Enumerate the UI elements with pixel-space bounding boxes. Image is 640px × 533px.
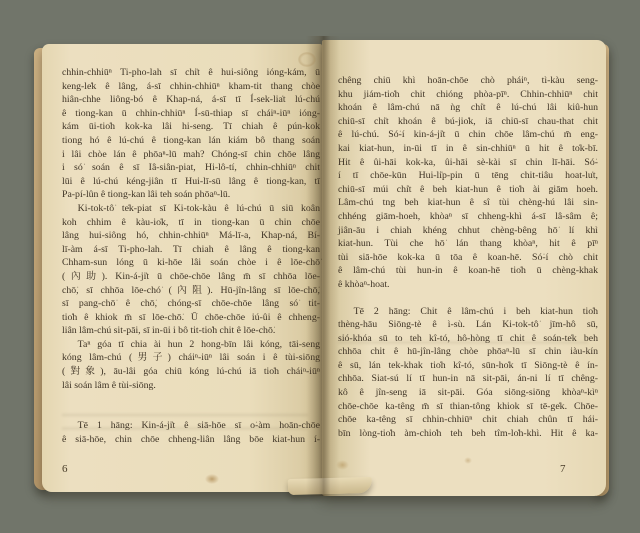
- stain: [336, 460, 349, 470]
- text-line: chō͘, sī chhōa lōe-chó͘ (內阻). Hū-jîn-lân…: [62, 284, 320, 298]
- paragraph: Ki-tok-tô͘ te̍k-piat sī Ki-tok-kàu ê lú-…: [62, 202, 320, 338]
- text-line: thèng-hāu Siōng-tè ê ì-sù. Lán Ki-tok-tô…: [338, 318, 598, 332]
- text-line: koh chhim ê kàu-io̍k, tī in tiong-kan ū …: [62, 216, 320, 230]
- page-number-left: 6: [62, 463, 68, 475]
- text-line: jiân-āu i chiah khéng chhut chèng-bêng h…: [338, 224, 598, 238]
- text-line: bīn lòng-tio̍h àm-chio̍h teh beh tîm-lo̍…: [338, 427, 598, 441]
- text-line: kiat-hun. Tùi che hō͘ lán thang khòaⁿ, h…: [338, 237, 598, 251]
- paragraph: Taⁿ góa tī chia ài hun 2 hong-bīn lâi kó…: [62, 338, 320, 392]
- text-line: chōe ka-têng sī chhin-chhiūⁿ chit chiah …: [338, 413, 598, 427]
- page-left: chhin-chhiūⁿ Ti-pho-lah sī chi̍t ê hui-s…: [42, 44, 322, 492]
- page-number-right: 7: [560, 463, 566, 475]
- page-right: chêng chiū khì hoān-chōe chò pháiⁿ, tì-k…: [322, 40, 606, 496]
- text-line: (內助). Kin-á-ji̍t ū chōe-chōe lâng m̄ sī …: [62, 270, 320, 284]
- text-line: (對象), āu-lâi góa chiū kóng lú-chú iā tio…: [62, 365, 320, 379]
- text-line: chhin-chhiūⁿ Ti-pho-lah sī chi̍t ê hui-s…: [62, 66, 320, 80]
- text-line: Chham-sun lóng ū ki-hōe lâi soán chòe i …: [62, 256, 320, 270]
- text-line: Ki-tok-tô͘ te̍k-piat sī Ki-tok-kàu ê lú-…: [62, 202, 320, 216]
- text-line: Taⁿ góa tī chia ài hun 2 hong-bīn lâi kó…: [62, 338, 320, 352]
- paragraph: Tē 2 hāng: Chit ê lâm-chú i beh kiat-hun…: [338, 305, 598, 441]
- text-line: chhōa chit ê hū-jîn-lâng chòe phōaⁿ-lū s…: [338, 345, 598, 359]
- text-line: lī-àm á-sī Ti-pho-lah. Tī chiah ê lâng ê…: [62, 243, 320, 257]
- text-line: tio̍h ê khiok m̄ sī lōe-chō͘. Ū chōe-chō…: [62, 311, 320, 325]
- text-line: í tī chōe-kūn Hui-li̍p-pin ū tēng chit-t…: [338, 169, 598, 183]
- text-line: hiân-chhe liông-bó ê Khap-ná, á-sī tī Í-…: [62, 93, 320, 107]
- paragraph: Tē 1 hāng: Kin-á-ji̍t ê siā-hōe sī o͘-àm…: [62, 419, 320, 446]
- text-line: lâng hui-siông hó, chhin-chhiūⁿ Má-lī-a,…: [62, 229, 320, 243]
- text-line: ê khòaⁿ-hoat.: [338, 278, 598, 292]
- text-line: kô ê jîn-seng iā sit-pāi. Góa siōng-siōn…: [338, 386, 598, 400]
- text-line: ê lâm-chú tùi hun-in ê koan-hē tio̍h ū c…: [338, 264, 598, 278]
- page-bottom-curl: [288, 477, 372, 495]
- text-line: tiong hó ê lú-chú ê tiong-kan lán kiám b…: [62, 134, 320, 148]
- text-line: Hit ê ûi-hāi kok-ka, ûi-hāi sè-kài sī ch…: [338, 156, 598, 170]
- text-line: lūi ê lú-chú kéng-jiân tī Hui-lī-sū lâng…: [62, 175, 320, 189]
- text-line: chêng chiū khì hoān-chōe chò pháiⁿ, tì-k…: [338, 74, 598, 88]
- text-line: i só͘ soán ê sī Iâ-siân-piat, Hi-lô-tí, …: [62, 161, 320, 175]
- text-line: ê siā-hōe, chin chōe chheng-liân lâng bō…: [62, 433, 320, 447]
- text-line: sī pang-chō͘ ê chō͘, chóng-sī chōe-chōe …: [62, 297, 320, 311]
- text-line: liân lâm-chú sit-pāi, sī in-ūi i bô tit-…: [62, 324, 320, 338]
- text-line: khoán ê lâm-chú nā ǹg chi̍t ê lú-chú lâi…: [338, 101, 598, 115]
- text-line: kai kiat-hun, in-ūi tī in ê sin-chhiūⁿ ū…: [338, 142, 598, 156]
- text-line: sió-khóa sū to teh kî-tó, hô-hòng tī chi…: [338, 332, 598, 346]
- text-line: lâi soán lâm ê tùi-siōng.: [62, 379, 320, 393]
- text-line: kóng lâm-chú (男子) cháiⁿ-iūⁿ lâi soán i ê…: [62, 351, 320, 365]
- text-line: khu jiám-tio̍h chit chióng phòa-pīⁿ. Chh…: [338, 88, 598, 102]
- text-line: chiū-sī chi̍t khoán ê bú-jio̍k, iā chiū-…: [338, 115, 598, 129]
- page-left-text: chhin-chhiūⁿ Ti-pho-lah sī chi̍t ê hui-s…: [62, 66, 320, 446]
- text-line: Pa-pí-lûn ê tiong-kan lâi teh soán phōaⁿ…: [62, 188, 320, 202]
- text-line: chhōa. Siat-sú lí tī hun-in nā sit-pāi, …: [338, 372, 598, 386]
- stain: [205, 474, 219, 484]
- stain: [464, 457, 472, 464]
- text-line: kám ūi-tio̍h kok-ka lâi hi-seng. Tī chia…: [62, 120, 320, 134]
- text-line: keng-le̍k ê lâng, á-sī chhin-chhiūⁿ kham…: [62, 80, 320, 94]
- text-line: chhéng giām-hoeh, khòaⁿ sī chheng-khì á-…: [338, 210, 598, 224]
- text-line: chiū-sī múi chi̍t ê beh kiat-hun ê tio̍h…: [338, 183, 598, 197]
- text-line: ê sū, lán tek-khak tio̍h kî-tó, sūn-ho̍k…: [338, 359, 598, 373]
- text-line: Tē 1 hāng: Kin-á-ji̍t ê siā-hōe sī o͘-àm…: [62, 419, 320, 433]
- paragraph: chhin-chhiūⁿ Ti-pho-lah sī chi̍t ê hui-s…: [62, 66, 320, 202]
- text-line: tùi siā-hōe kok-ka ū tōa ê koan-hē. Só͘-…: [338, 251, 598, 265]
- text-line: Lâm-chú tng beh kiat-hun ê sî tùi chèng-…: [338, 196, 598, 210]
- paragraph: chêng chiū khì hoān-chōe chò pháiⁿ, tì-k…: [338, 74, 598, 292]
- photo-background: { "colors": { "background": "#71756a", "…: [0, 0, 640, 533]
- text-line: ê lú-chú. Só͘-í kin-á-ji̍t ū chin chōe l…: [338, 128, 598, 142]
- page-right-text: chêng chiū khì hoān-chōe chò pháiⁿ, tì-k…: [338, 74, 598, 440]
- text-line: Tē 2 hāng: Chit ê lâm-chú i beh kiat-hun…: [338, 305, 598, 319]
- text-line: ê tiong-kan ū chhin-chhiūⁿ Í-sū-thiap sī…: [62, 107, 320, 121]
- open-book: chhin-chhiūⁿ Ti-pho-lah sī chi̍t ê hui-s…: [30, 34, 610, 502]
- text-line: i lâi chòe lán ê phōaⁿ-lū mah? Chóng-sī …: [62, 148, 320, 162]
- text-line: chōe-chōe ka-têng m̄ sī thian-tông khiok…: [338, 400, 598, 414]
